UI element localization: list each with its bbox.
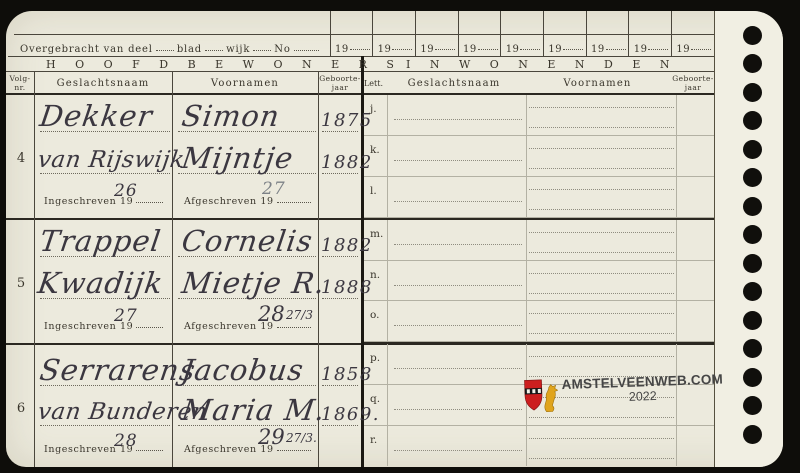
entry-line <box>529 127 674 128</box>
surname-handwritten: Trappel <box>38 224 164 258</box>
register-card: Overgebracht van deel blad wijk No 19 19… <box>6 11 783 467</box>
surname-handwritten: van Rijswijk <box>36 147 186 173</box>
volgnr: 5 <box>10 276 32 291</box>
letter-label: o. <box>370 309 379 321</box>
punch-hole <box>743 425 762 444</box>
punch-hole <box>743 311 762 330</box>
entry-line <box>529 458 674 459</box>
firstname-handwritten: Mietje R. <box>180 266 328 300</box>
year-cell: 19 <box>586 35 629 55</box>
year-cells-row: 19 19 19 19 19 19 19 19 19 <box>330 35 714 55</box>
entry-line <box>529 148 674 149</box>
punch-hole <box>743 83 762 102</box>
punch-hole <box>743 26 762 45</box>
punch-hole <box>743 368 762 387</box>
punch-hole <box>743 111 762 130</box>
column-header-voornamen-right: Voornamen <box>523 78 672 89</box>
column-header-geboortejaar-right: Geboorte- jaar <box>672 75 714 92</box>
name-baseline <box>322 131 358 132</box>
afgeschreven-value: 28 <box>258 302 285 326</box>
entry-line <box>529 189 674 190</box>
entry-line <box>394 450 522 451</box>
entry-block: 4 Dekker Simon 1875 van Rijswijk Mijntje… <box>6 93 362 218</box>
ingeschreven-value: 28 <box>114 431 138 451</box>
dotted-fill <box>392 49 412 50</box>
dotted-fill <box>136 327 163 328</box>
dotted-fill <box>205 50 223 51</box>
entry-block: 5 Trappel Cornelis 1882 Kwadijk Mietje R… <box>6 218 362 343</box>
inwonende-row: o. <box>364 301 714 342</box>
transfer-label-deel: Overgebracht van deel <box>20 44 153 55</box>
watermark: AMSTELVEENWEB.COM 2022 <box>523 372 724 417</box>
column-header-geboortejaar: Geboorte- jaar <box>318 75 362 92</box>
dotted-fill <box>606 49 626 50</box>
year-cell: 19 <box>415 35 458 55</box>
dotted-fill <box>691 49 711 50</box>
scanned-register-card-page: { "transfer_row": { "label1": "Overgebra… <box>0 0 800 473</box>
year-cell: 19 <box>330 35 373 55</box>
entry-line <box>529 356 674 357</box>
ingeschreven-value: 27 <box>114 306 138 326</box>
dotted-fill <box>294 50 319 51</box>
volgnr: 4 <box>10 151 32 166</box>
transfer-label-blad: blad <box>177 44 202 55</box>
transfer-label-no: No <box>274 44 290 55</box>
afgeschreven-value: 27 <box>262 179 286 199</box>
section-title-hoofdbewoners: H O O F D B E W O N E R S <box>46 58 326 71</box>
year-cell: 19 <box>458 35 501 55</box>
surname-handwritten: Dekker <box>38 99 155 133</box>
surname-handwritten: Kwadijk <box>36 266 166 300</box>
name-baseline <box>40 173 170 174</box>
year-cell: 19 <box>671 35 714 55</box>
entry-line <box>529 252 674 253</box>
entry-line <box>529 273 674 274</box>
name-baseline <box>322 385 358 386</box>
letter-label: q. <box>370 393 380 405</box>
dotted-fill <box>435 49 455 50</box>
entry-line <box>394 119 522 120</box>
inwonende-row: r. <box>364 426 714 466</box>
column-header-lett: Lett. <box>362 79 385 88</box>
dotted-fill <box>350 49 370 50</box>
firstname-handwritten: Cornelis <box>180 224 316 258</box>
entry-line <box>529 209 674 210</box>
punch-hole <box>743 254 762 273</box>
year-cell: 19 <box>543 35 586 55</box>
entry-line <box>394 160 522 161</box>
punch-hole <box>743 168 762 187</box>
entry-line <box>394 368 522 369</box>
year-cell: 19 <box>501 35 544 55</box>
punch-hole <box>743 339 762 358</box>
column-header-geslachtsnaam: Geslachtsnaam <box>34 78 172 89</box>
inwonende-row: n. <box>364 261 714 302</box>
column-header-voornamen: Voornamen <box>172 78 318 89</box>
dotted-fill <box>136 450 163 451</box>
inwonende-row: l. <box>364 177 714 218</box>
letter-label: p. <box>370 352 380 364</box>
dotted-fill <box>478 49 498 50</box>
entry-block: 6 Serrarens Jacobus 1858 van Bunderen Ma… <box>6 343 362 466</box>
entry-line <box>394 409 522 410</box>
entry-line <box>529 438 674 439</box>
punch-hole <box>743 54 762 73</box>
dotted-fill <box>156 50 174 51</box>
column-header-volgnr: Volg- nr. <box>6 75 34 92</box>
firstname-handwritten: Simon <box>180 99 283 133</box>
inwonende-row: m. <box>364 218 714 261</box>
rule <box>6 71 714 72</box>
afgeschreven-date: 27/3 <box>286 308 313 322</box>
watermark-text: AMSTELVEENWEB.COM 2022 <box>561 372 723 407</box>
dotted-fill <box>277 450 311 451</box>
punch-hole <box>743 282 762 301</box>
entry-line <box>529 107 674 108</box>
dotted-fill <box>648 49 668 50</box>
name-baseline <box>40 425 170 426</box>
entry-line <box>394 285 522 286</box>
entry-line <box>529 313 674 314</box>
punch-hole <box>743 197 762 216</box>
punch-hole <box>743 396 762 415</box>
transfer-row: Overgebracht van deel blad wijk No <box>20 35 322 55</box>
inwonende-row: k. <box>364 136 714 177</box>
entry-line <box>529 168 674 169</box>
afgeschreven-row: Afgeschreven 19 <box>184 189 314 207</box>
letter-label: l. <box>370 185 377 197</box>
afgeschreven-date: 27/3. <box>286 431 317 445</box>
entry-line <box>529 333 674 334</box>
dotted-fill <box>563 49 583 50</box>
dotted-fill <box>253 50 271 51</box>
letter-label: j. <box>370 103 377 115</box>
firstname-handwritten: Maria M. <box>180 393 328 427</box>
name-baseline <box>322 173 358 174</box>
name-baseline <box>322 425 358 426</box>
entry-line <box>529 293 674 294</box>
firstname-handwritten: Mijntje <box>180 141 296 175</box>
entry-line <box>529 232 674 233</box>
letter-label: k. <box>370 144 380 156</box>
ingeschreven-row: Ingeschreven 19 <box>44 437 166 455</box>
transfer-label-wijk: wijk <box>226 44 250 55</box>
dotted-fill <box>136 202 163 203</box>
amstelveen-coat-of-arms-icon <box>523 377 558 416</box>
ingeschreven-row: Ingeschreven 19 <box>44 314 166 332</box>
entry-line <box>394 201 522 202</box>
letter-label: m. <box>370 228 383 240</box>
ingeschreven-row: Ingeschreven 19 <box>44 189 166 207</box>
entry-line <box>394 325 522 326</box>
name-baseline <box>322 298 358 299</box>
dotted-fill <box>520 49 540 50</box>
entry-line <box>529 417 674 418</box>
punch-hole <box>743 225 762 244</box>
dotted-fill <box>277 202 311 203</box>
ingeschreven-value: 26 <box>114 181 138 201</box>
entry-line <box>394 244 522 245</box>
volgnr: 6 <box>10 401 32 416</box>
dotted-fill <box>277 327 311 328</box>
punch-hole <box>743 140 762 159</box>
column-header-geslachtsnaam-right: Geslachtsnaam <box>385 78 523 89</box>
letter-label: n. <box>370 269 380 281</box>
afgeschreven-value: 29 <box>258 425 285 449</box>
surname-handwritten: Serrarens <box>38 353 198 387</box>
section-title-inwonenden: I N W O N E N D E N <box>406 58 676 71</box>
year-cell: 19 <box>373 35 416 55</box>
inwonende-row: j. <box>364 95 714 136</box>
firstname-handwritten: Jacobus <box>180 353 307 387</box>
year-cell: 19 <box>629 35 672 55</box>
letter-label: r. <box>370 434 377 446</box>
name-baseline <box>322 256 358 257</box>
